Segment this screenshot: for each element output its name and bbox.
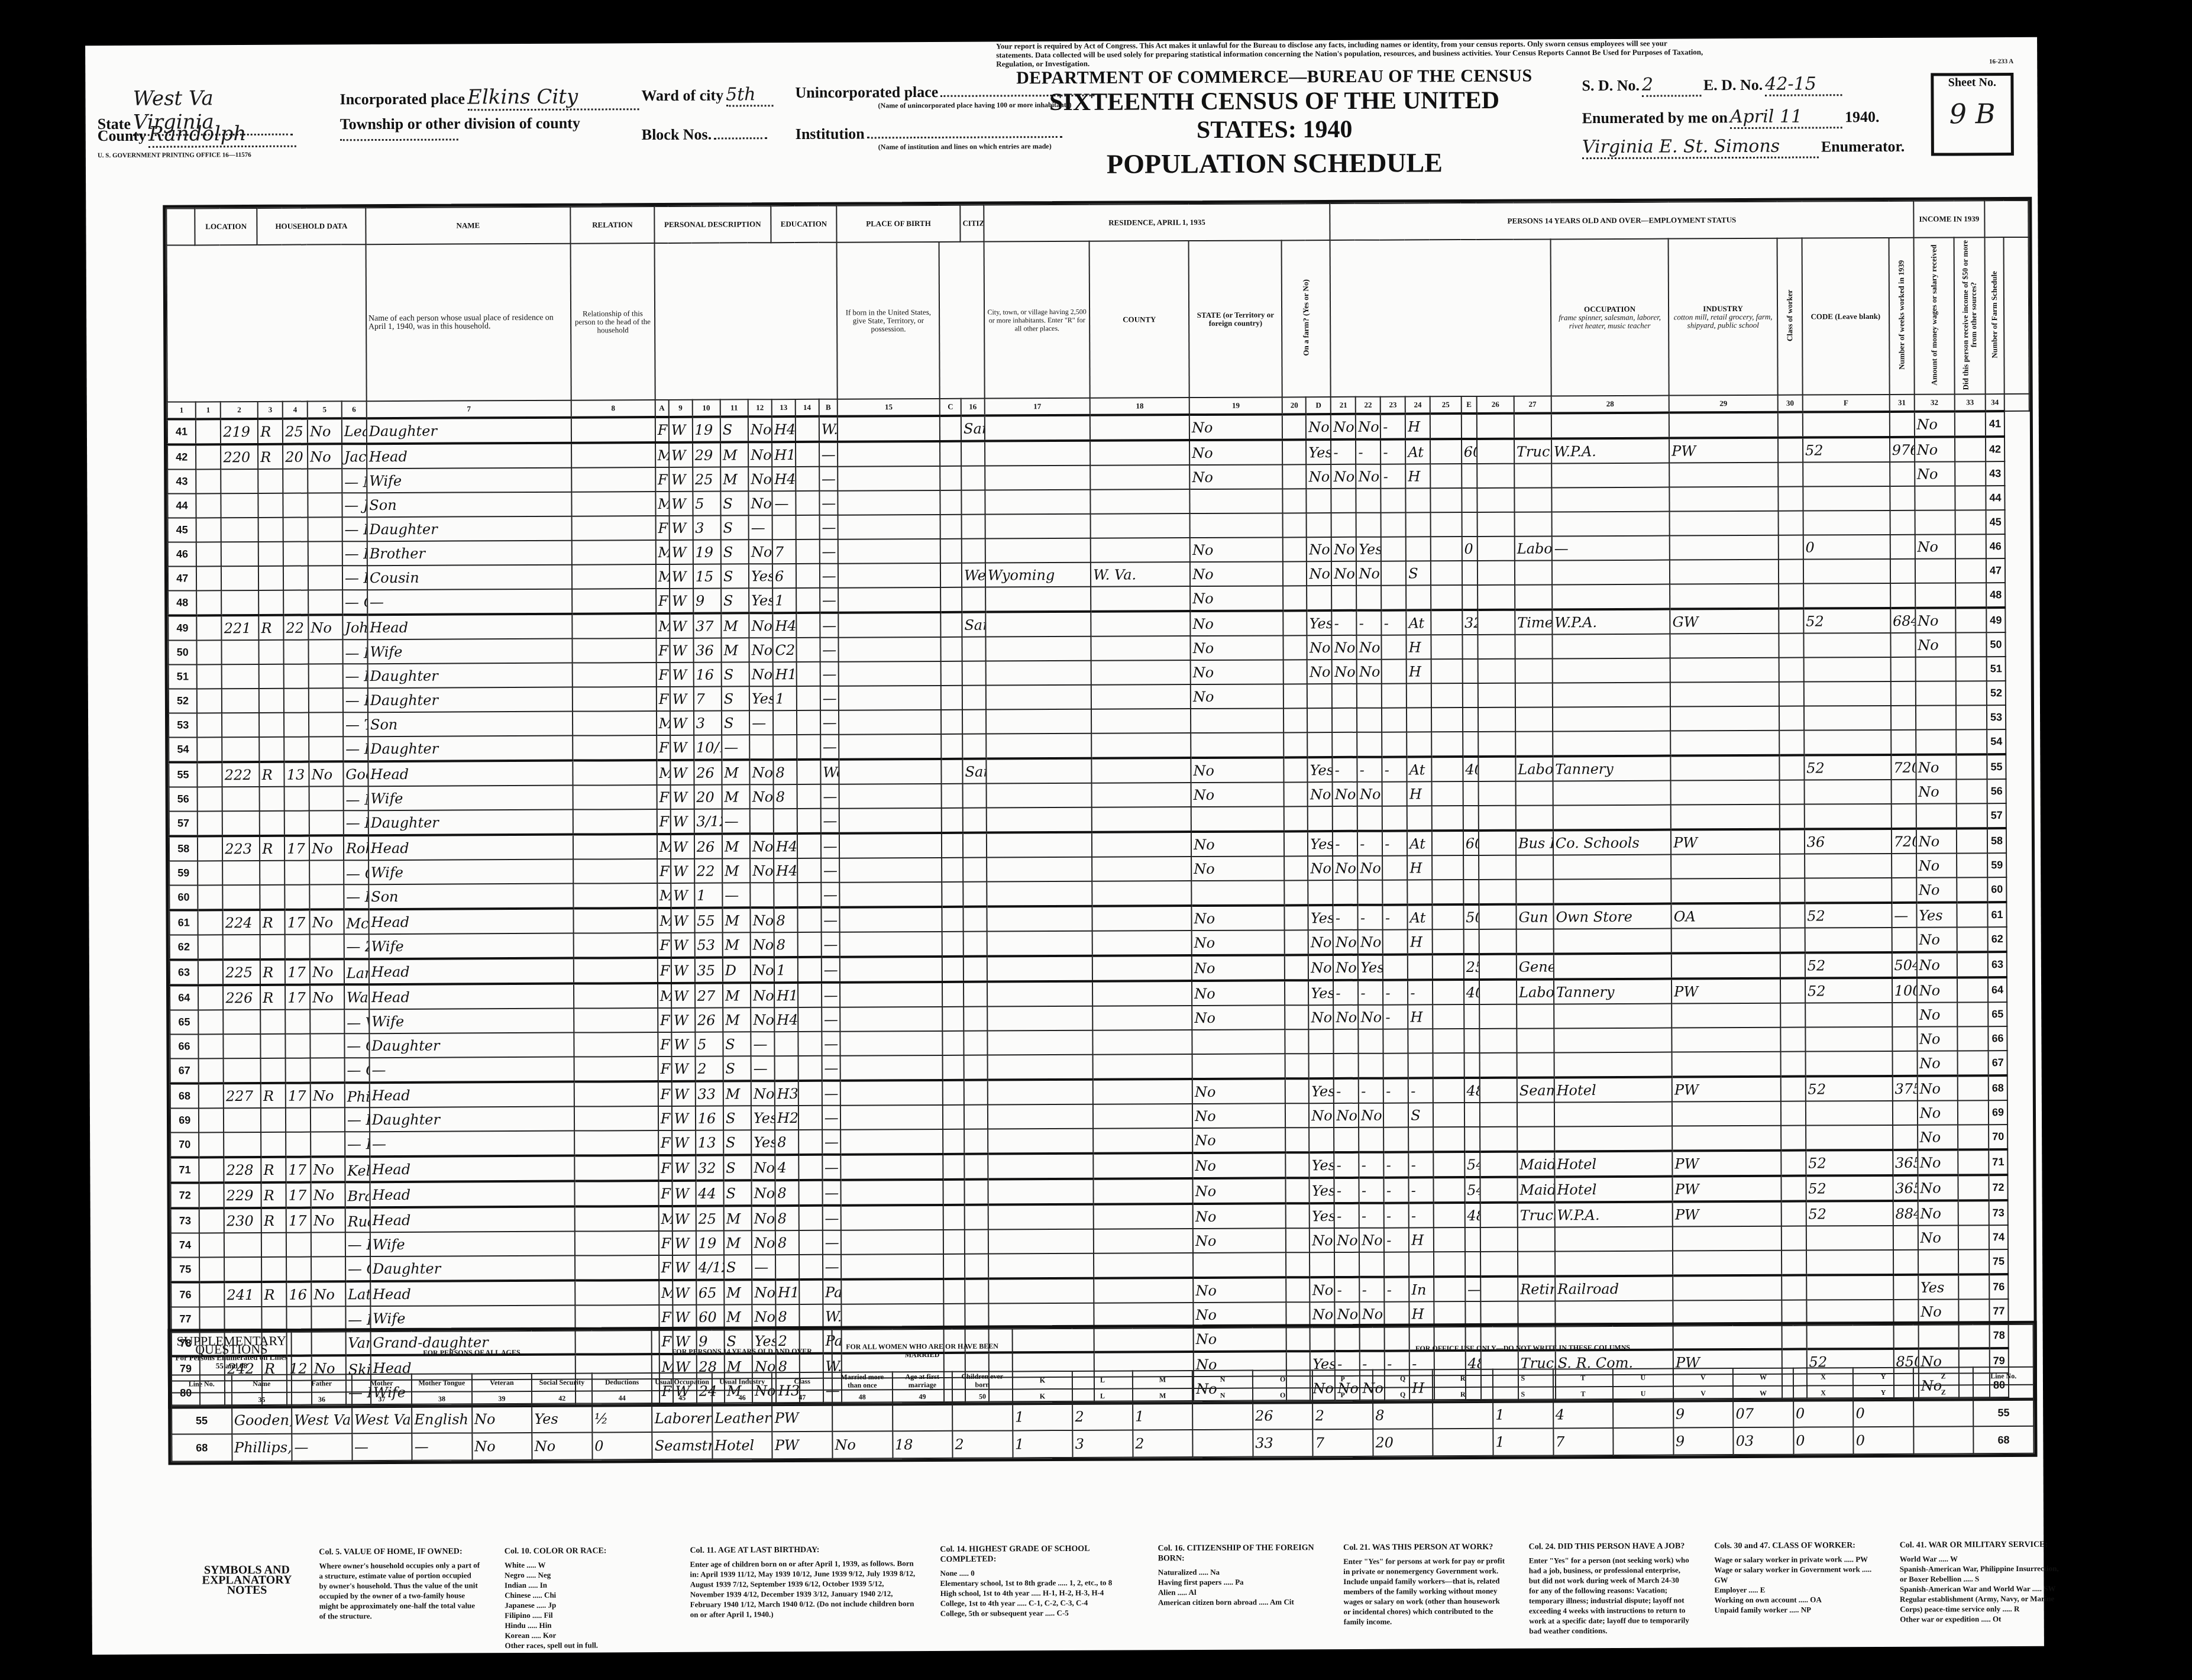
cell-own: R (261, 1208, 286, 1233)
cell-industry: W.P.A. (1554, 1202, 1673, 1227)
cell-occupation (1518, 1251, 1555, 1276)
cell-value (284, 713, 309, 737)
cell-age: 4/12 (696, 1255, 724, 1280)
cell-industry: Co. Schools (1553, 830, 1672, 855)
supp-col-header: Usual Industry (712, 1372, 772, 1390)
cell-farm: No (308, 444, 342, 469)
cell-value (284, 640, 309, 664)
cell-codeA (572, 589, 656, 614)
cell-emerg: No (1334, 1005, 1359, 1029)
cell-duration (1480, 1103, 1517, 1127)
supp-cell-m: 2 (1133, 1430, 1193, 1457)
cell-res-state (1091, 513, 1190, 538)
supp-col-number: O (1253, 1388, 1313, 1402)
cell-own (261, 1058, 286, 1083)
cell-duration (1478, 683, 1515, 707)
cell-codeE (1431, 488, 1462, 512)
cell-codeF (1779, 780, 1804, 805)
cell-codeB (798, 1056, 822, 1081)
cell-line: 53 (1987, 705, 2006, 729)
cell-street (199, 1208, 224, 1233)
cell-activity: H (1405, 464, 1430, 488)
cell-sex: F (658, 1106, 672, 1130)
cell-weeks (1805, 1027, 1892, 1052)
cell-line: 42 (167, 444, 196, 469)
cell-activity (1408, 1029, 1433, 1053)
cell-res-county (988, 1204, 1094, 1230)
cell-has-job: - (1383, 980, 1408, 1004)
cell-at-work: Yes (1310, 1152, 1334, 1178)
cell-wages (1891, 730, 1916, 755)
cell-res-county (988, 1229, 1094, 1254)
cell-race: W (672, 1155, 696, 1181)
col-num: D (1306, 397, 1331, 414)
cell-occupation: Laborer (1517, 979, 1554, 1004)
birth-header: PLACE OF BIRTH (836, 205, 960, 243)
cell-codeD (1286, 1203, 1310, 1228)
cell-name: — Doris (+) (344, 810, 368, 835)
incorporated-label: Incorporated place (340, 90, 465, 108)
supp-col-number: K (1013, 1389, 1073, 1403)
cell-hours: 40 (1464, 980, 1479, 1004)
cell-res-county (985, 441, 1091, 466)
cell-res-county (988, 1253, 1094, 1279)
cell-own (261, 1132, 286, 1157)
cell-weeks: 52 (1805, 1076, 1892, 1101)
cell-marital: — (722, 809, 750, 833)
cell-line: 44 (167, 493, 196, 518)
cell-relation: Son (368, 712, 573, 737)
cell-has-job (1382, 781, 1407, 806)
cell-race: W (670, 540, 693, 564)
cell-school: No (752, 1230, 775, 1255)
cell-res-city (962, 539, 985, 563)
supp-cell-l: 2 (1072, 1403, 1133, 1430)
supp-col-header: Line No. (1973, 1367, 2033, 1385)
cell-class (1670, 634, 1779, 658)
cell-occupation (1517, 1126, 1554, 1151)
cell-res-county (987, 981, 1093, 1007)
cell-codeF (1780, 1003, 1805, 1028)
supp-col-number: S (1493, 1387, 1553, 1401)
cell-hours (1463, 855, 1479, 880)
supp-cell-o: 26 (1253, 1402, 1313, 1429)
cell-codeE (1433, 1103, 1464, 1127)
cell-codeE (1430, 464, 1462, 488)
cell-line: 66 (1989, 1026, 2007, 1051)
cell-name: — Gale (342, 590, 367, 615)
residence-header: RESIDENCE, APRIL 1, 1935 (984, 203, 1330, 242)
cell-codeD (1283, 464, 1307, 489)
cell-citizen (942, 932, 964, 957)
cell-emerg: No (1334, 1228, 1359, 1252)
cell-grade (775, 1255, 799, 1280)
col-num: 29 (1669, 395, 1778, 413)
cell-citizen (942, 957, 964, 982)
cell-weeks (1804, 780, 1891, 805)
cell-codeC (840, 1154, 943, 1180)
col-num: 24 (1405, 396, 1430, 413)
cell-street (196, 444, 221, 469)
cell-house (222, 811, 260, 836)
cell-res-state (1091, 586, 1190, 612)
cell-street (198, 762, 222, 787)
cell-age: 7 (693, 687, 721, 711)
cell-school: — (749, 515, 772, 539)
cell-duration (1480, 1227, 1518, 1252)
cell-industry (1553, 805, 1672, 831)
cell-industry (1554, 1102, 1673, 1127)
col24-title: Col. 24. DID THIS PERSON HAVE A JOB? (1529, 1541, 1691, 1552)
cell-school: No (751, 1081, 775, 1106)
cell-own (258, 590, 283, 615)
cell-age: 2 (695, 1057, 723, 1081)
cell-birthplace: — (820, 710, 839, 735)
cell-grade: H1 (773, 662, 797, 686)
cell-hours (1462, 464, 1477, 488)
note-item: Spanish-American War and World War .....… (1900, 1584, 2062, 1594)
cell-other-inc: No (1915, 608, 1955, 632)
cell-class (1672, 1101, 1781, 1126)
cell-marital: S (720, 515, 748, 539)
cell-age: 55 (694, 908, 722, 933)
cell-school: No (748, 416, 772, 442)
cell-has-job: - (1381, 464, 1406, 488)
cell-sex: M (657, 711, 670, 735)
cell-birthplace: — (821, 907, 840, 932)
cell-grade (774, 1032, 798, 1056)
cell-relation: Head (370, 1281, 575, 1307)
cell-value (286, 1108, 311, 1132)
cell-emerg (1331, 586, 1356, 610)
note-item: White ..... W (505, 1559, 667, 1570)
cell-codeE (1434, 1252, 1465, 1277)
supp-cell-name: Phillips, Nellie (232, 1434, 292, 1461)
cell-sex: F (657, 735, 670, 760)
cell-farm (312, 1306, 346, 1330)
col10-list: White ..... WNegro ..... NegIndian .....… (505, 1559, 667, 1650)
col21-title: Col. 21. WAS THIS PERSON AT WORK? (1343, 1542, 1505, 1553)
col-num: 11 (720, 399, 748, 416)
cell-wages (1890, 486, 1915, 511)
cell-duration (1480, 1252, 1518, 1277)
class-header: Class of worker (1786, 290, 1794, 341)
cell-codeC (838, 441, 940, 467)
cell-codeC (840, 932, 942, 957)
cell-activity: H (1407, 781, 1432, 806)
supp-col-number (1973, 1385, 2033, 1399)
cell-school: No (749, 539, 772, 564)
cell-codeB (798, 1081, 822, 1106)
cell-industry (1554, 954, 1672, 980)
cell-value: 17 (286, 1083, 311, 1108)
col41-title: Col. 41. WAR OR MILITARY SERVICE: (1900, 1540, 2062, 1550)
col-num: 12 (748, 399, 772, 416)
cell-codeD (1286, 1228, 1310, 1252)
col-num: 15 (838, 399, 940, 416)
cell-race: W (671, 1008, 695, 1032)
occupation-header: OCCUPATION (1553, 305, 1666, 314)
cell-industry: Hotel (1554, 1177, 1673, 1203)
cell-res-farm: No (1189, 414, 1283, 440)
cell-age: 26 (694, 760, 722, 785)
cell-name: Watraker, Glenn (344, 984, 369, 1009)
unincorporated-label: Unincorporated place (795, 83, 938, 101)
cell-duration (1478, 610, 1515, 635)
cell-street (196, 518, 221, 542)
cell-grade: 8 (775, 1230, 799, 1255)
cell-farmsched (1957, 977, 1989, 1002)
cell-codeC (839, 686, 941, 710)
cell-res-farm: No (1193, 1178, 1286, 1204)
cell-codeC (840, 1031, 943, 1056)
cell-occupation (1518, 1227, 1555, 1251)
cell-occupation: Maid (1517, 1151, 1554, 1177)
cell-grade: 1 (773, 686, 797, 710)
cell-own: R (260, 910, 285, 935)
cell-duration (1479, 880, 1516, 904)
supp-col-number: 46 (712, 1390, 772, 1404)
cell-codeF (1780, 829, 1805, 854)
cell-farmsched (1955, 583, 1987, 608)
cell-res-farm: No (1193, 1203, 1286, 1229)
cell-value (286, 1132, 311, 1157)
cell-occupation (1515, 560, 1552, 584)
cell-hours (1463, 732, 1478, 757)
cell-farmsched (1957, 803, 1988, 828)
cell-industry (1554, 1052, 1672, 1078)
cell-res-state (1091, 709, 1191, 734)
industry-examples: cotton mill, retail grocery, farm, shipy… (1671, 312, 1775, 329)
cell-emerg (1331, 513, 1356, 537)
cell-relation: Wife (370, 1232, 575, 1257)
cell-codeB (796, 662, 820, 686)
cell-weeks (1806, 1226, 1893, 1251)
cell-codeD (1285, 955, 1308, 980)
cell-weeks (1805, 1051, 1892, 1077)
col-num: 31 (1889, 395, 1914, 412)
cell-other-inc: No (1918, 1125, 1958, 1149)
cell-other-inc: No (1916, 828, 1957, 853)
cell-duration (1480, 1301, 1518, 1326)
cell-hours (1464, 1127, 1480, 1152)
cell-codeE (1433, 980, 1464, 1004)
cell-res-county (985, 415, 1091, 441)
cell-birthplace: — (821, 833, 840, 858)
cell-grade: 8 (774, 907, 797, 932)
cell-duration (1477, 464, 1514, 488)
cell-name: — Vera ⓧ (344, 1009, 369, 1033)
township-label: Township or other division of county (340, 115, 580, 133)
cell-has-job (1381, 512, 1406, 537)
cell-at-work: Yes (1308, 757, 1333, 782)
cell-duration (1479, 806, 1516, 831)
cell-seeking: - (1359, 1152, 1384, 1178)
cell-citizen (943, 1105, 964, 1129)
cell-has-job (1382, 806, 1407, 831)
cell-grade: H1 (772, 442, 796, 467)
county-label: County (98, 127, 146, 144)
cell-line: 75 (171, 1257, 199, 1282)
cell-school: Yes (751, 1106, 775, 1130)
cell-res-state (1090, 465, 1189, 490)
cell-age: 37 (693, 613, 721, 638)
cell-has-job (1384, 1252, 1409, 1277)
cell-occupation (1516, 929, 1553, 954)
cell-own (261, 1108, 286, 1132)
cell-res-state (1091, 489, 1190, 514)
col-num: 34 (1986, 394, 2005, 411)
cell-race: W (671, 834, 694, 859)
cell-duration (1480, 1078, 1517, 1103)
cell-birthplace: — (820, 686, 839, 710)
cell-line: 69 (1989, 1100, 2007, 1125)
cell-class (1672, 1003, 1780, 1028)
cell-race: W (673, 1305, 696, 1329)
cell-birthplace: — (822, 1032, 840, 1056)
cell-relation: Head (367, 443, 571, 469)
cell-hours (1464, 1029, 1479, 1053)
cell-res-city (964, 1154, 988, 1180)
cell-codeD (1284, 757, 1308, 782)
cell-res-farm: No (1193, 1277, 1286, 1303)
cell-class: PW (1672, 978, 1780, 1004)
cell-codeC (840, 957, 942, 983)
supp-cell-w: 07 (1733, 1400, 1793, 1427)
cell-age: 3/12 (694, 809, 722, 834)
cell-weeks (1803, 633, 1890, 658)
supp-col-number: 49 (893, 1390, 953, 1404)
cell-emerg: - (1331, 440, 1356, 464)
cell-farmsched (1958, 1175, 1989, 1200)
cell-citizen (943, 1055, 964, 1080)
cell-farmsched (1957, 1026, 1989, 1051)
supp-col-number: W (1733, 1386, 1793, 1400)
cell-name: — Zora (344, 934, 368, 959)
cell-value: 13 (284, 762, 309, 787)
cell-line: 49 (1987, 608, 2006, 632)
cell-res-city (965, 1304, 988, 1328)
cell-hours (1463, 929, 1479, 954)
cell-codeB (796, 564, 820, 588)
supp-col-header: Deductions (592, 1373, 652, 1391)
cell-grade (774, 883, 797, 907)
cell-street (199, 1058, 224, 1083)
note-item: Indian ..... In (505, 1579, 667, 1590)
col-num: 2 (221, 402, 258, 419)
cell-own (259, 664, 284, 689)
cell-seeking: Yes (1356, 537, 1381, 561)
cell-res-state (1094, 1204, 1193, 1229)
cell-own (258, 493, 283, 518)
cell-farm (311, 1058, 345, 1083)
cell-citizen (944, 1279, 965, 1304)
supp-col-number: P (1312, 1388, 1373, 1402)
cell-sex: M (658, 1206, 672, 1231)
note-item: None ..... 0 (940, 1567, 1134, 1578)
cell-industry (1552, 560, 1670, 585)
cell-codeF (1780, 928, 1805, 953)
cell-value (284, 861, 309, 885)
supp-col-header: L (1072, 1371, 1133, 1389)
cell-farm: No (311, 1207, 345, 1232)
cell-birthplace: Pa. (823, 1280, 842, 1304)
cell-citizen (940, 515, 962, 539)
cell-codeC (839, 858, 942, 883)
supp-cell-father: West Va. (292, 1406, 352, 1433)
cell-res-farm (1191, 708, 1284, 733)
cell-line: 52 (1987, 681, 2006, 705)
cell-industry (1554, 1004, 1672, 1029)
cell-citizen (942, 808, 963, 833)
cell-seeking: - (1359, 1178, 1384, 1203)
cell-citizen (943, 1154, 965, 1180)
cell-weeks (1803, 412, 1890, 438)
cell-activity: H (1405, 413, 1430, 439)
cell-school (750, 809, 774, 833)
cell-street (199, 1034, 224, 1058)
cell-codeA (575, 1305, 659, 1330)
cell-res-city (961, 490, 985, 515)
cell-occupation (1515, 731, 1553, 756)
cell-activity: H (1407, 855, 1432, 880)
cell-relation: Daughter (367, 663, 572, 689)
supp-cell-class: PW (772, 1404, 833, 1432)
cell-age: 3 (694, 711, 722, 735)
line-no-header (166, 208, 195, 245)
cell-own: R (258, 444, 283, 469)
cell-name: — Hattie ⓧ (345, 1306, 370, 1330)
cell-school: No (752, 1304, 775, 1329)
supp-cell-o: 33 (1253, 1429, 1313, 1456)
supp-col-header: Father (292, 1374, 352, 1392)
cell-farm: No (310, 909, 344, 934)
cell-age: 19 (696, 1231, 723, 1255)
cell-codeD (1285, 905, 1308, 930)
cell-sex: F (655, 467, 669, 492)
cell-at-work: Yes (1310, 1203, 1334, 1228)
cell-hours (1465, 1301, 1480, 1326)
cell-res-farm: No (1192, 930, 1285, 955)
department-heading: DEPARTMENT OF COMMERCE—BUREAU OF THE CEN… (1008, 66, 1540, 88)
cell-res-farm: No (1193, 1228, 1286, 1253)
cell-codeB (798, 1180, 822, 1206)
supp-col-number: U (1613, 1387, 1673, 1401)
cell-res-farm: No (1192, 905, 1285, 931)
cell-codeE (1431, 512, 1462, 537)
cell-race: W (670, 785, 694, 809)
cell-res-farm: No (1191, 660, 1284, 684)
cell-house: 219 (221, 419, 258, 444)
cell-activity: - (1409, 1177, 1434, 1203)
cell-res-county (985, 637, 1091, 661)
cell-res-city (964, 1007, 987, 1031)
cell-line: 67 (170, 1058, 199, 1083)
cell-farm (309, 884, 344, 909)
res-farm-header: On a farm? (Yes or No) (1302, 279, 1311, 356)
cell-class (1670, 560, 1779, 584)
cell-other-inc: No (1917, 1075, 1957, 1100)
cell-value: 17 (285, 959, 310, 985)
cell-other-inc: No (1918, 1100, 1958, 1125)
cell-birthplace: — (822, 1106, 841, 1130)
col16-list: Naturalized ..... NaHaving first papers … (1158, 1566, 1320, 1607)
cell-codeE (1433, 1029, 1464, 1053)
cell-codeA (572, 613, 656, 639)
cell-codeF (1781, 1151, 1806, 1176)
cell-own (259, 689, 284, 713)
cell-emerg (1334, 1252, 1359, 1277)
